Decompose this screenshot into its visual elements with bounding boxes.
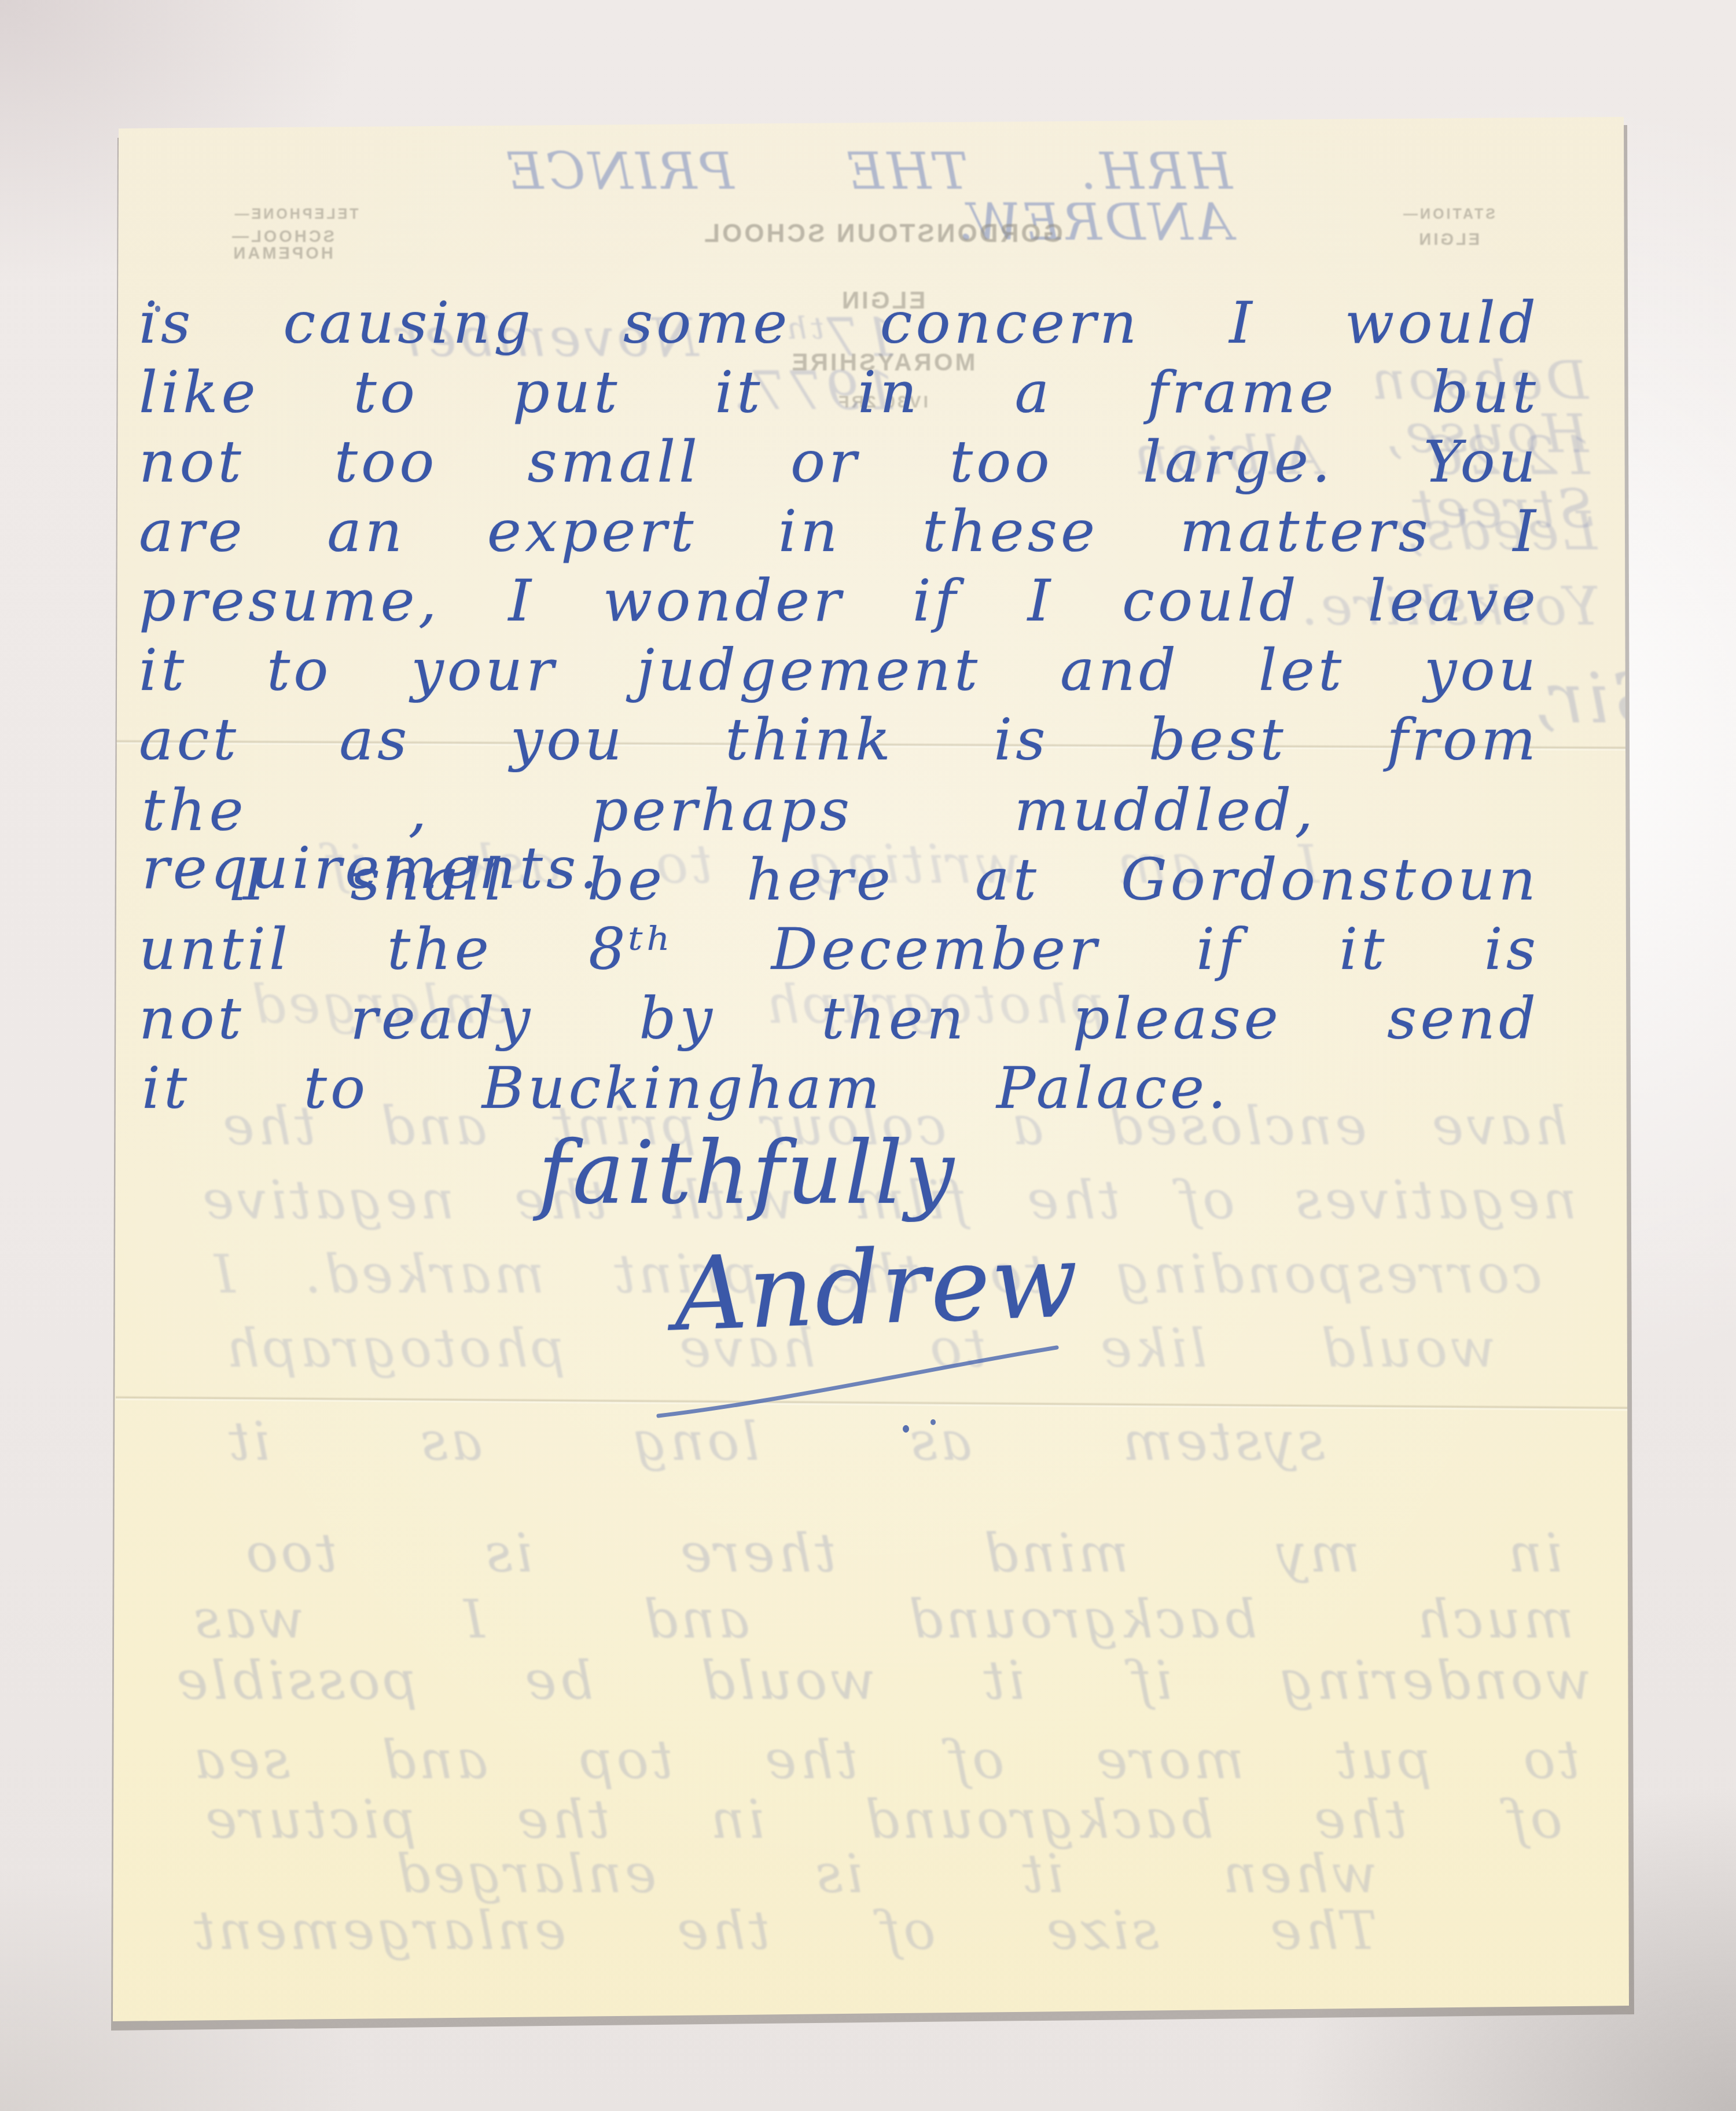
showthrough-school-name: GORDONSTOUN SCHOOL: [674, 221, 1091, 247]
showthrough-bottom-row: when it is enlarged: [393, 1848, 1377, 1901]
showthrough-bottom-row: to put more of the top and sea: [191, 1734, 1580, 1787]
handwriting-line: is causing some concern I would: [139, 294, 1539, 352]
handwriting-line: until the 8ᵗʰ December if it is: [139, 920, 1539, 978]
signature-underline: [653, 1342, 1064, 1429]
handwriting-line: not ready by then please send: [139, 990, 1539, 1048]
showthrough-bottom-row: The size of the enlargement: [191, 1904, 1377, 1958]
showthrough-station-value: ELGIN: [1419, 232, 1480, 248]
signature-andrew: Andrew: [672, 1231, 1081, 1346]
signature-ink-dot: [930, 1419, 936, 1425]
handwriting-line: it to your judgement and let you: [139, 641, 1539, 699]
closing-faithfully: faithfully: [538, 1130, 957, 1217]
handwriting-line: presume, I wonder if I could leave: [139, 572, 1539, 630]
handwriting-line: like to put it in a frame but: [139, 364, 1539, 421]
handwriting-line: act as you think is best from: [139, 711, 1539, 769]
showthrough-bottom-row: much background and I was: [191, 1593, 1574, 1646]
showthrough-bottom-row: in my mind there is too: [243, 1527, 1562, 1580]
handwriting-line: not too small or too large. You: [139, 433, 1539, 491]
photo-backdrop: HRH. THE PRINCE ANDREW. GORDONSTOUN SCHO…: [0, 0, 1736, 2111]
showthrough-telephone-value: SCHOOL—HOPEMAN: [194, 229, 370, 262]
handwriting-line: it to Buckingham Palace.: [142, 1059, 1230, 1117]
showthrough-bottom-row: of the background in the picture: [203, 1793, 1562, 1846]
handwriting-line: I shall be here at Gordonstoun: [243, 851, 1539, 909]
handwriting-line: are an expert in these matters I: [139, 502, 1539, 560]
signature-ink-dot: [903, 1425, 909, 1433]
stray-ink-dot: [155, 306, 160, 312]
letter-sheet: HRH. THE PRINCE ANDREW. GORDONSTOUN SCHO…: [0, 0, 1736, 2111]
showthrough-telephone-label: TELEPHONE—: [230, 207, 361, 222]
showthrough-bottom-row: wondering if it would be possible: [174, 1654, 1591, 1708]
showthrough-station-label: STATION—: [1397, 207, 1499, 222]
